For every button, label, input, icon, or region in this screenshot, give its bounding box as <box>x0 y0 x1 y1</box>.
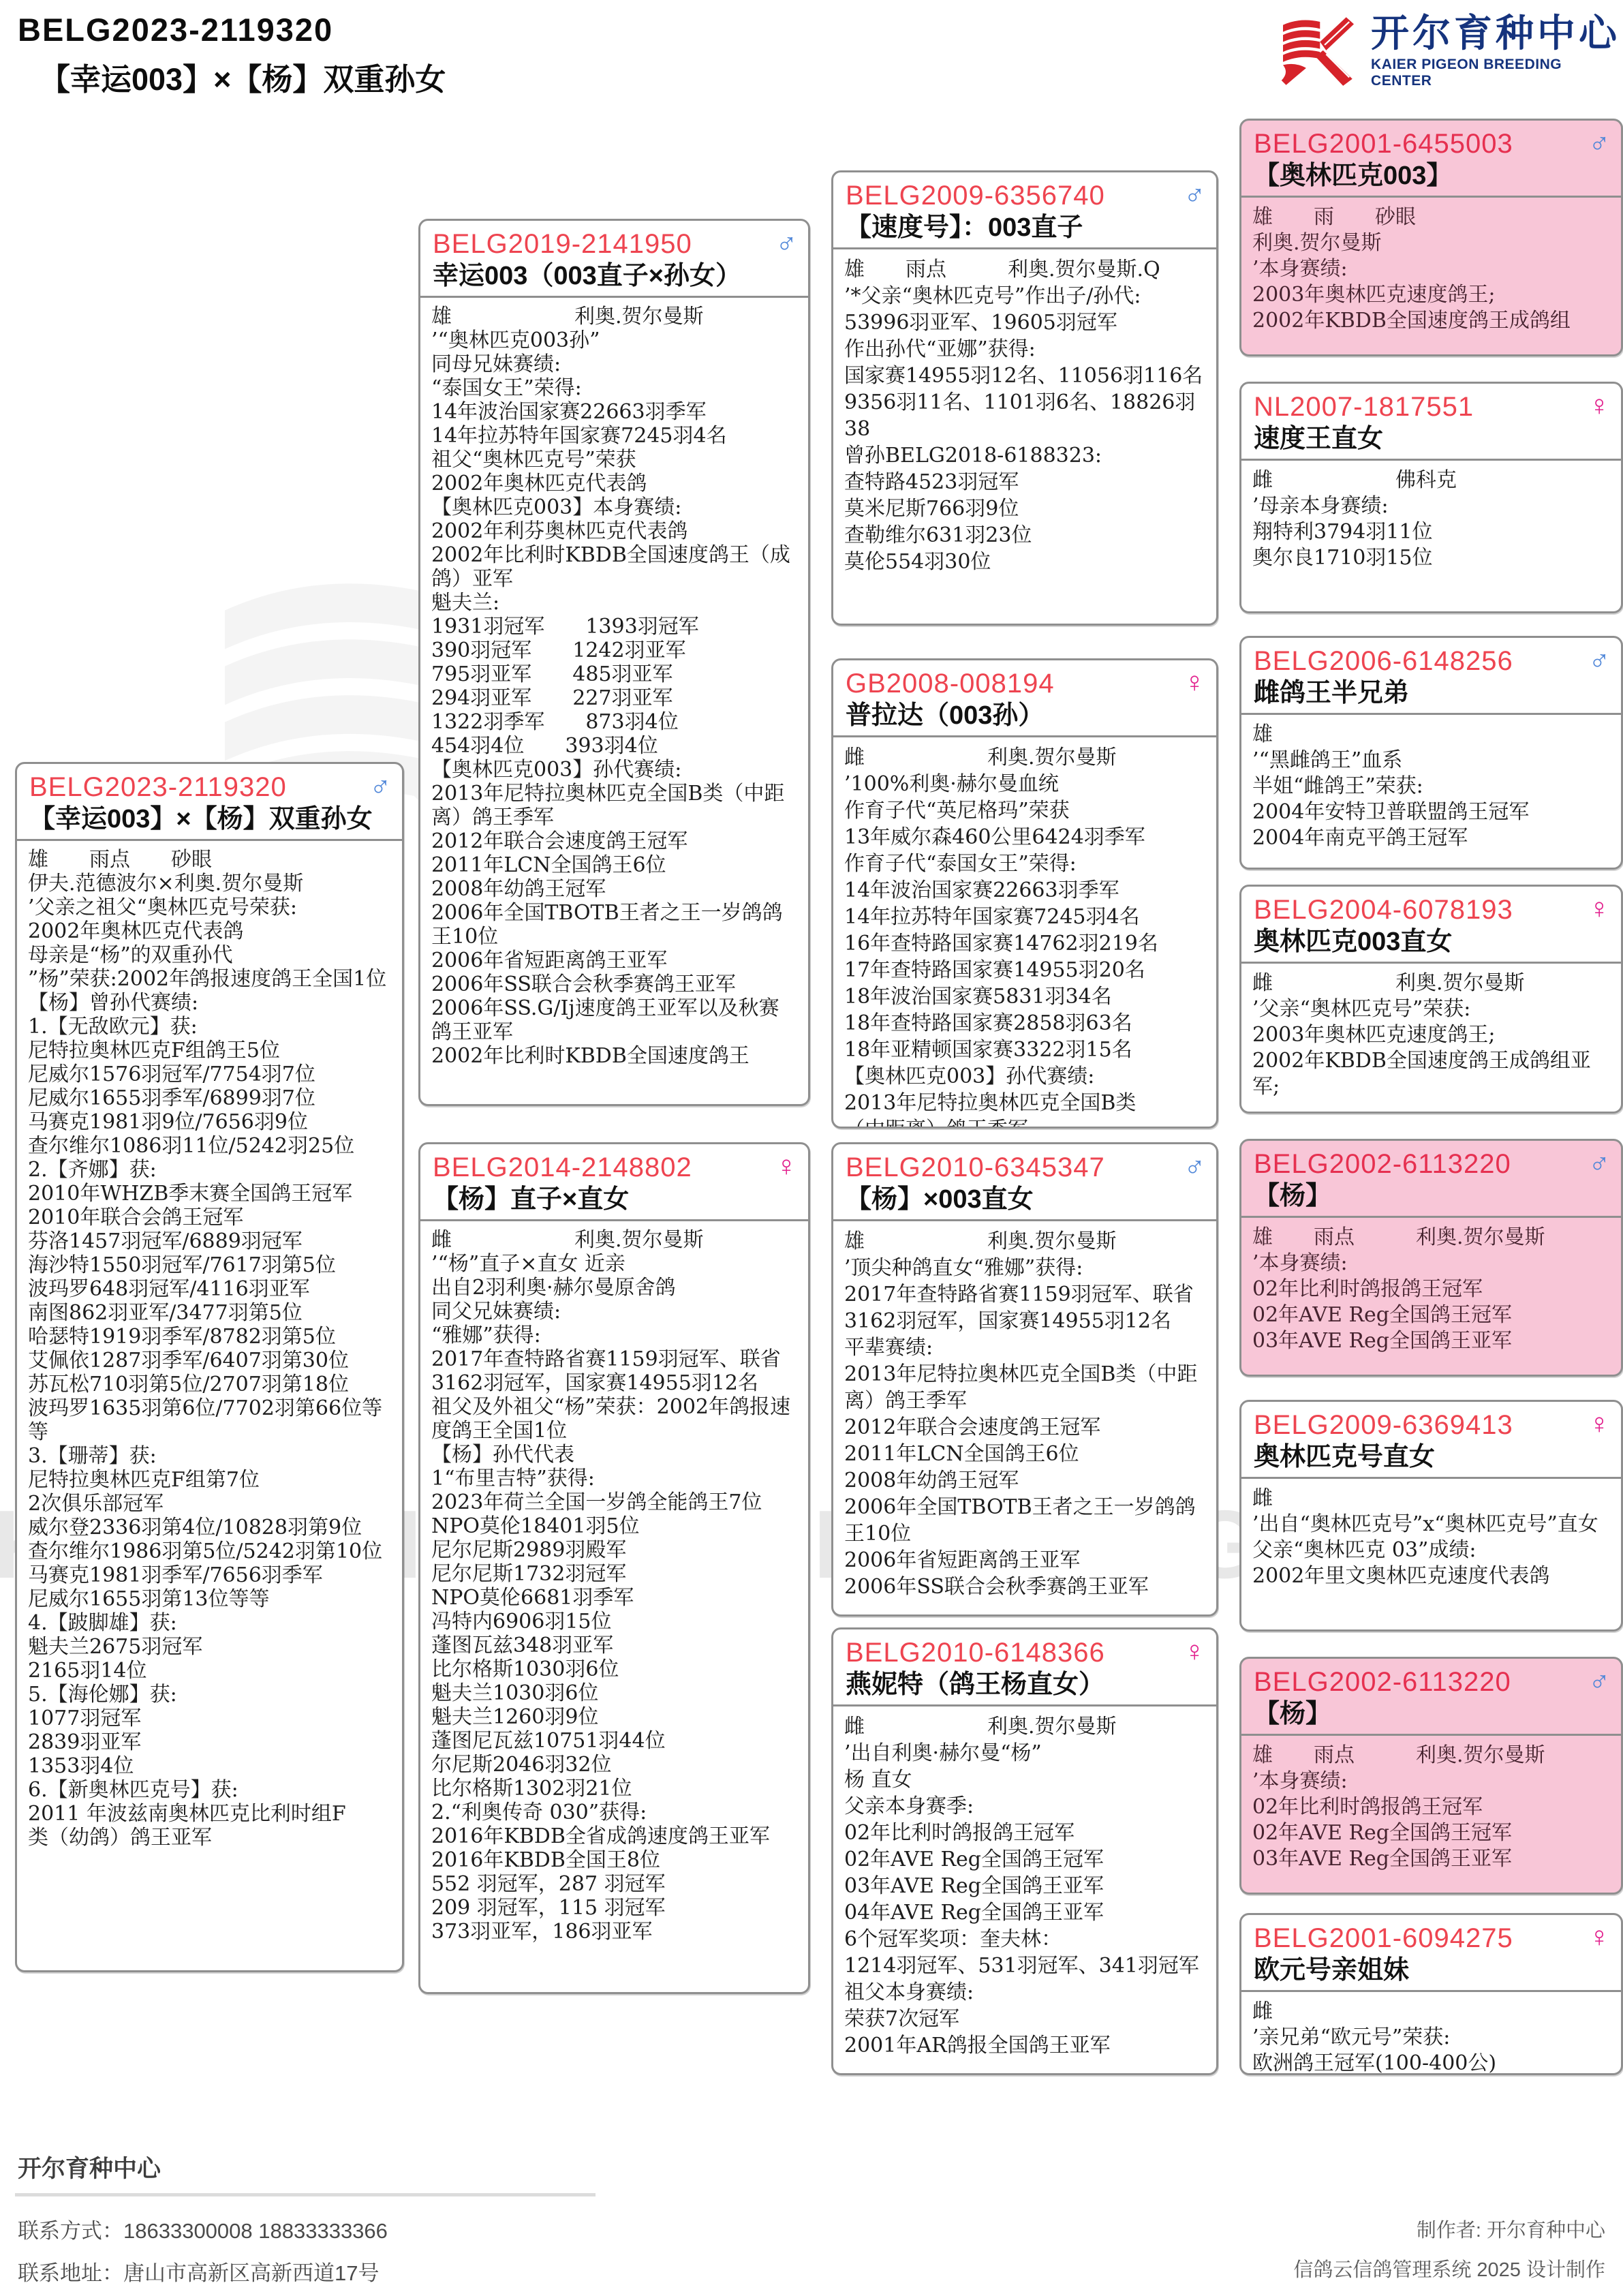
card-title: 普拉达（003孙） <box>846 700 1204 731</box>
card-body-text: 雌 佛科克 ’母亲本身赛绩: 翔特利3794羽11位 奥尔良1710羽15位 <box>1241 461 1621 578</box>
card-body-text: 雄 雨点 砂眼 伊夫.范德波尔×利奥.贺尔曼斯 ’父亲之祖父“奥林匹克号荣获: … <box>17 841 402 1856</box>
card-body-text: 雄 雨点 利奥.贺尔曼斯 ’本身赛绩: 02年比利时鸽报鸽王冠军 02年AVE … <box>1241 1736 1621 1879</box>
female-icon: ♀ <box>1589 1922 1611 1952</box>
brand-logo: 开尔育种中心 KAIER PIGEON BREEDING CENTER <box>1276 14 1623 89</box>
female-icon: ♀ <box>776 1151 798 1181</box>
card-header: GB2008-008194♀普拉达（003孙） <box>833 660 1216 737</box>
card-body-text: 雌 ’出自“奥林匹克号”x“奥林匹克号”直女 父亲“奥林匹克 03”成绩: 20… <box>1241 1479 1621 1596</box>
female-icon: ♀ <box>1184 1636 1206 1666</box>
male-icon: ♂ <box>776 228 798 258</box>
female-icon: ♀ <box>1589 1409 1611 1439</box>
card-header: BELG2009-6356740♂【速度号】：003直子 <box>833 172 1216 249</box>
card-title: 【速度号】：003直子 <box>846 212 1204 243</box>
brand-name-en: KAIER PIGEON BREEDING CENTER <box>1371 57 1623 89</box>
card-body-text: 雄 雨点 利奥.贺尔曼斯 ’本身赛绩: 02年比利时鸽报鸽王冠军 02年AVE … <box>1241 1218 1621 1361</box>
card-header: BELG2010-6148366♀燕妮特（鸽王杨直女） <box>833 1629 1216 1706</box>
ring-number: GB2008-008194 <box>846 667 1204 700</box>
female-icon: ♀ <box>1184 667 1206 697</box>
footer-address: 联系地址：唐山市高新区高新西道17号 <box>18 2256 379 2286</box>
card-header: BELG2009-6369413♀奥林匹克号直女 <box>1241 1402 1621 1479</box>
ring-number: BELG2010-6148366 <box>846 1636 1204 1669</box>
card-body-text: 雄 ’“黑雌鸽王”血系 半姐“雌鸽王”荣获: 2004年安特卫普联盟鸽王冠军 2… <box>1241 715 1621 858</box>
ring-number: BELG2014-2148802 <box>433 1151 796 1184</box>
pedigree-card: BELG2010-6345347♂【杨】×003直女雄 利奥.贺尔曼斯 ’顶尖种… <box>831 1142 1218 1617</box>
card-body-text: 雌 利奥.贺尔曼斯 ’“杨”直子×直女 近亲 出自2羽利奥·赫尔曼原舍鸽 同父兄… <box>420 1221 808 1950</box>
footer-phone: 联系方式：18633300008 18833333366 <box>18 2214 388 2244</box>
male-icon: ♂ <box>1589 1666 1611 1696</box>
card-title: 奥林匹克003直女 <box>1254 926 1609 958</box>
male-icon: ♂ <box>1589 127 1611 157</box>
card-body-text: 雄 利奥.贺尔曼斯 ’“奥林匹克003孙” 同母兄妹赛绩: “泰国女王”荣得: … <box>420 298 808 1075</box>
pedigree-card: BELG2001-6094275♀欧元号亲姐妹雌 ’亲兄弟“欧元号”荣获: 欧洲… <box>1239 1913 1623 2075</box>
card-header: BELG2001-6094275♀欧元号亲姐妹 <box>1241 1915 1621 1992</box>
card-title: 速度王直女 <box>1254 423 1609 455</box>
card-body-text: 雄 雨点 利奥.贺尔曼斯.Q ’*父亲“奥林匹克号”作出子/孙代: 53996羽… <box>833 249 1216 582</box>
footer-org-name: 开尔育种中心 <box>18 2150 161 2184</box>
card-header: BELG2023-2119320♂【幸运003】×【杨】双重孙女 <box>17 764 402 841</box>
male-icon: ♂ <box>1184 179 1206 209</box>
pedigree-card: BELG2014-2148802♀【杨】直子×直女雌 利奥.贺尔曼斯 ’“杨”直… <box>418 1142 810 1994</box>
ring-number: BELG2002-6113220 <box>1254 1148 1609 1180</box>
card-header: BELG2002-6113220♂【杨】 <box>1241 1141 1621 1218</box>
card-title: 雌鸽王半兄弟 <box>1254 677 1609 709</box>
pedigree-card: BELG2009-6356740♂【速度号】：003直子雄 雨点 利奥.贺尔曼斯… <box>831 170 1218 626</box>
ring-number: BELG2004-6078193 <box>1254 893 1609 926</box>
ring-number: BELG2001-6094275 <box>1254 1922 1609 1955</box>
brand-text: 开尔育种中心 KAIER PIGEON BREEDING CENTER <box>1371 14 1623 89</box>
card-body-text: 雄 利奥.贺尔曼斯 ’顶尖种鸽直女“雅娜”获得: 2017年查特路省赛1159羽… <box>833 1221 1216 1607</box>
card-header: BELG2019-2141950♂幸运003（003直子×孙女） <box>420 221 808 298</box>
ring-number: BELG2019-2141950 <box>433 228 796 260</box>
card-header: NL2007-1817551♀速度王直女 <box>1241 384 1621 461</box>
pedigree-card: NL2007-1817551♀速度王直女雌 佛科克 ’母亲本身赛绩: 翔特利37… <box>1239 382 1623 613</box>
card-title: 【奥林匹克003】 <box>1254 160 1609 192</box>
page-title-subtitle: 【幸运003】×【杨】双重孙女 <box>40 55 446 99</box>
card-header: BELG2010-6345347♂【杨】×003直女 <box>833 1144 1216 1221</box>
ring-number: BELG2009-6356740 <box>846 179 1204 212</box>
male-icon: ♂ <box>370 771 392 801</box>
card-body-text: 雌 利奥.贺尔曼斯 ’100%利奥·赫尔曼血统 作育子代“英尼格玛”荣获 13年… <box>833 737 1216 1129</box>
pedigree-card: BELG2019-2141950♂幸运003（003直子×孙女）雄 利奥.贺尔曼… <box>418 219 810 1106</box>
footer-maker: 制作者: 开尔育种中心 <box>1417 2215 1605 2243</box>
pedigree-card: GB2008-008194♀普拉达（003孙）雌 利奥.贺尔曼斯 ’100%利奥… <box>831 658 1218 1129</box>
male-icon: ♂ <box>1589 1148 1611 1178</box>
card-title: 【杨】×003直女 <box>846 1184 1204 1215</box>
card-title: 幸运003（003直子×孙女） <box>433 260 796 292</box>
footer-divider <box>15 2193 596 2196</box>
card-title: 奥林匹克号直女 <box>1254 1441 1609 1473</box>
pedigree-card: BELG2002-6113220♂【杨】雄 雨点 利奥.贺尔曼斯 ’本身赛绩: … <box>1239 1657 1623 1895</box>
card-title: 燕妮特（鸽王杨直女） <box>846 1669 1204 1700</box>
card-header: BELG2002-6113220♂【杨】 <box>1241 1659 1621 1736</box>
ring-number: BELG2001-6455003 <box>1254 127 1609 160</box>
ring-number: NL2007-1817551 <box>1254 391 1609 423</box>
pedigree-card: BELG2006-6148256♂雌鸽王半兄弟雄 ’“黑雌鸽王”血系 半姐“雌鸽… <box>1239 636 1623 870</box>
pedigree-card: BELG2009-6369413♀奥林匹克号直女雌 ’出自“奥林匹克号”x“奥林… <box>1239 1400 1623 1632</box>
pedigree-card: BELG2023-2119320♂【幸运003】×【杨】双重孙女雄 雨点 砂眼 … <box>15 762 404 1972</box>
female-icon: ♀ <box>1589 391 1611 420</box>
card-body-text: 雌 利奥.贺尔曼斯 ’父亲“奥林匹克号”荣获: 2003年奥林匹克速度鸽王; 2… <box>1241 964 1621 1107</box>
female-icon: ♀ <box>1589 893 1611 923</box>
card-header: BELG2004-6078193♀奥林匹克003直女 <box>1241 887 1621 964</box>
pedigree-card: BELG2001-6455003♂【奥林匹克003】雄 雨 砂眼 利奥.贺尔曼斯… <box>1239 119 1623 356</box>
kaier-logo-icon <box>1276 16 1361 87</box>
footer-system: 信鸽云信鸽管理系统 2025 设计制作 <box>1293 2254 1605 2282</box>
card-title: 【幸运003】×【杨】双重孙女 <box>29 803 390 835</box>
brand-name-cn: 开尔育种中心 <box>1371 14 1623 54</box>
card-title: 【杨】 <box>1254 1698 1609 1730</box>
male-icon: ♂ <box>1589 645 1611 675</box>
card-header: BELG2006-6148256♂雌鸽王半兄弟 <box>1241 638 1621 715</box>
card-title: 【杨】 <box>1254 1180 1609 1212</box>
page-title-ring: BELG2023-2119320 <box>18 11 333 48</box>
card-body-text: 雌 利奥.贺尔曼斯 ’出自利奥·赫尔曼“杨” 杨 直女 父亲本身赛季: 02年比… <box>833 1706 1216 2066</box>
pedigree-page: KAIER PIGEON BREEDING CENTER BELG2023-21… <box>0 0 1623 2296</box>
card-title: 【杨】直子×直女 <box>433 1184 796 1215</box>
card-header: BELG2014-2148802♀【杨】直子×直女 <box>420 1144 808 1221</box>
ring-number: BELG2002-6113220 <box>1254 1666 1609 1698</box>
pedigree-card: BELG2004-6078193♀奥林匹克003直女雌 利奥.贺尔曼斯 ’父亲“… <box>1239 885 1623 1114</box>
pedigree-card: BELG2002-6113220♂【杨】雄 雨点 利奥.贺尔曼斯 ’本身赛绩: … <box>1239 1139 1623 1377</box>
card-header: BELG2001-6455003♂【奥林匹克003】 <box>1241 121 1621 198</box>
card-title: 欧元号亲姐妹 <box>1254 1955 1609 1986</box>
card-body-text: 雌 ’亲兄弟“欧元号”荣获: 欧洲鸽王冠军(100-400公) <box>1241 1992 1621 2075</box>
male-icon: ♂ <box>1184 1151 1206 1181</box>
ring-number: BELG2023-2119320 <box>29 771 390 803</box>
pedigree-card: BELG2010-6148366♀燕妮特（鸽王杨直女）雌 利奥.贺尔曼斯 ’出自… <box>831 1627 1218 2075</box>
ring-number: BELG2009-6369413 <box>1254 1409 1609 1441</box>
ring-number: BELG2006-6148256 <box>1254 645 1609 677</box>
ring-number: BELG2010-6345347 <box>846 1151 1204 1184</box>
card-body-text: 雄 雨 砂眼 利奥.贺尔曼斯 ’本身赛绩: 2003年奥林匹克速度鸽王; 200… <box>1241 198 1621 341</box>
